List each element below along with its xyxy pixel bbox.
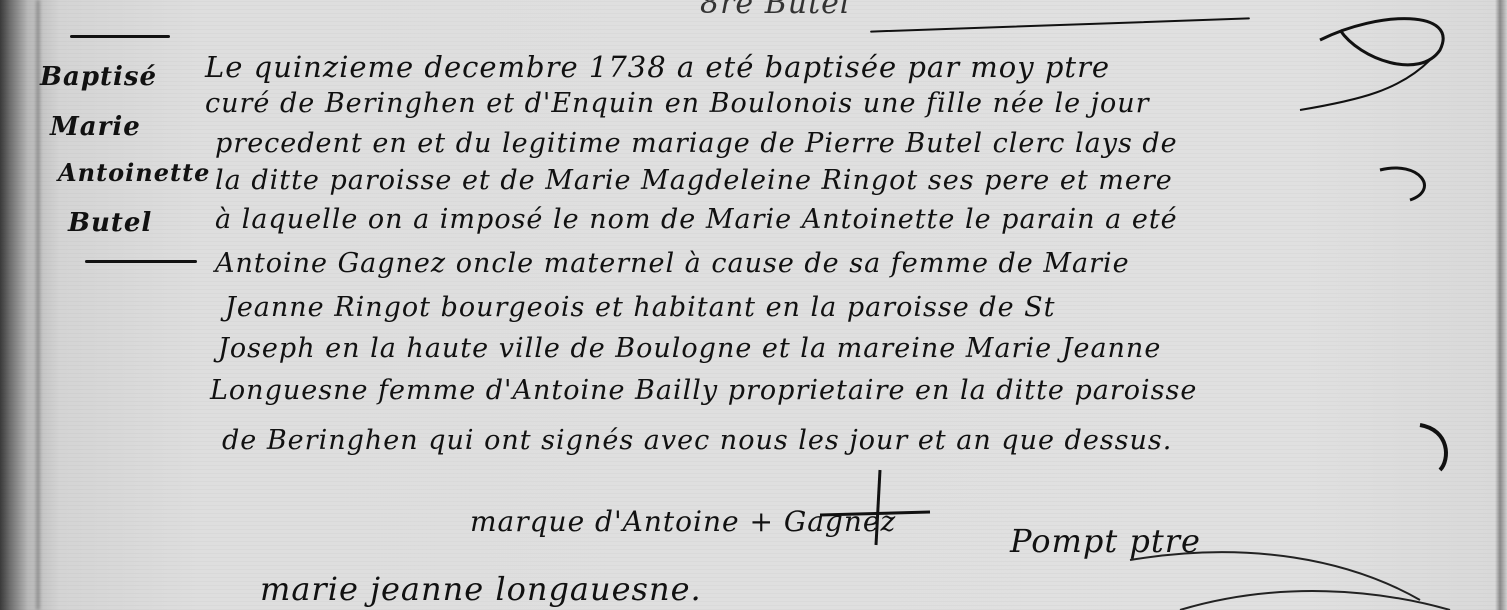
pen-flourishes (0, 0, 1507, 610)
